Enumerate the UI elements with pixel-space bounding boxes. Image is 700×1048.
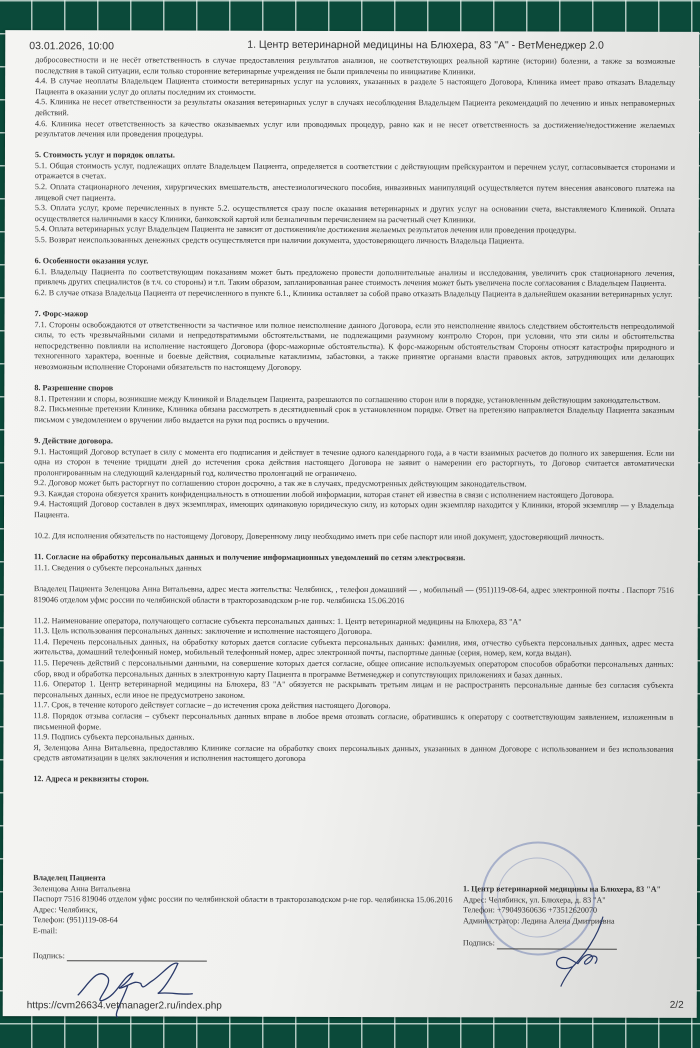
clinic-handwritten-signature [533, 911, 623, 991]
clause: 4.5. Клиника не несет ответственности за… [35, 98, 675, 121]
print-datetime: 03.01.2026, 10:00 [29, 40, 114, 52]
clause: 4.4. В случае неоплаты Владельцем Пациен… [35, 76, 675, 99]
owner-details: Владелец Пациента Зеленцова Анна Виталье… [33, 873, 473, 962]
clause: 4.6. Клиника несет ответственность за ка… [35, 119, 675, 142]
section-title: 12. Адреса и реквизиты сторон. [33, 775, 673, 787]
section-12: 12. Адреса и реквизиты сторон. [33, 775, 673, 787]
print-header-title: 1. Центр ветеринарной медицины на Блюхер… [247, 39, 604, 52]
section-9: 9. Действие договора. 9.1. Настоящий Дог… [34, 436, 674, 522]
signature-label: Подпись: [463, 939, 495, 948]
clause: 8.2. Письменные претензии Клинике, Клини… [34, 404, 674, 427]
section-8: 8. Разрешение споров 8.1. Претензии и сп… [34, 383, 674, 427]
clause: 11.5. Перечень действий с персональными … [34, 658, 674, 681]
clause: 5.2. Оплата стационарного лечения, хирур… [35, 182, 675, 205]
clinic-heading: 1. Центр ветеринарной медицины на Блюхер… [463, 884, 693, 895]
clause: 5.3. Оплата услуг, кроме перечисленных в… [35, 203, 675, 226]
clause: 6.1. Владельцу Пациента по соответствующ… [35, 267, 675, 290]
clause: 11.6. Оператор 1. Центр ветеринарной мед… [34, 679, 674, 702]
section-6: 6. Особенности оказания услуг. 6.1. Влад… [35, 256, 675, 300]
clause: 5.1. Общая стоимость услуг, подлежащих о… [35, 161, 675, 184]
clinic-address: Адрес: Челябинск, ул. Блюхера, д. 83 "A" [463, 895, 693, 906]
consent-statement: Я, Зеленцова Анна Витальевна, предоставл… [33, 743, 673, 766]
clause: 5.5. Возврат неиспользованных денежных с… [35, 235, 675, 247]
contract-body: добросовестности и не несёт ответственно… [33, 55, 675, 787]
clause: 11.4. Перечень персональных данных, на о… [34, 637, 674, 660]
page-number: 2/2 [670, 1000, 684, 1011]
owner-passport: Паспорт 7516 819046 отделом уфмс россии … [33, 894, 473, 906]
continuation-clauses: добросовестности и не несёт ответственно… [35, 55, 675, 141]
owner-heading: Владелец Пациента [33, 873, 473, 885]
section-5: 5. Стоимость услуг и порядок оплаты. 5.1… [35, 150, 675, 247]
clause: 9.4. Настоящий Договор составлен в двух … [34, 500, 674, 523]
clause: 10.2. Для исполнения обязательств по нас… [34, 531, 674, 543]
clause-10-2: 10.2. Для исполнения обязательств по нас… [34, 531, 674, 543]
owner-email: E-mail: [33, 926, 473, 938]
clause: 11.8. Порядок отзыва согласия – субъект … [33, 711, 673, 734]
owner-phone: Телефон: (951)119-08-64 [33, 916, 473, 928]
section-11: 11. Согласие на обработку персональных д… [33, 552, 674, 765]
clause: 11.1. Сведения о субъекте персональных д… [34, 563, 674, 575]
signature-label: Подпись: [33, 951, 65, 960]
subject-info: Владелец Пациента Зеленцова Анна Виталье… [34, 584, 674, 607]
section-7: 7. Форс-мажор 7.1. Стороны освобождаются… [34, 309, 674, 374]
document-page: 03.01.2026, 10:00 1. Центр ветеринарной … [3, 30, 700, 1018]
page-url: https://cvm26634.vetmanager2.ru/index.ph… [27, 1000, 222, 1012]
clause: добросовестности и не несёт ответственно… [35, 55, 675, 78]
clause: 9.1. Настоящий Договор вступает в силу с… [34, 447, 674, 480]
clause: 6.2. В случае отказа Владельца Пациента … [35, 288, 675, 300]
clause: 7.1. Стороны освобождаются от ответствен… [34, 320, 674, 375]
